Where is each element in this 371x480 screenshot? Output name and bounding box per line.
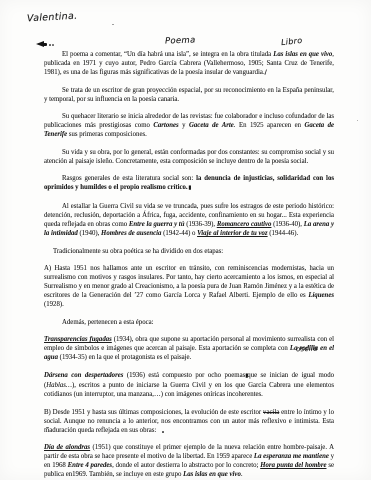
paragraph: Dársena con despertadores (1936) está co…: [44, 371, 334, 399]
text-segment: A) Hasta 1951 nos hallamos ante un escri…: [44, 265, 334, 299]
handwritten-label-libro: Libro: [281, 36, 303, 47]
arrow-dot: [49, 44, 51, 46]
scan-speck: [357, 120, 358, 121]
text-segment: La esperanza me mantiene: [254, 453, 329, 460]
text-segment: (1934-35) en la que el protagonista es e…: [58, 354, 191, 361]
text-segment: sus primeras composiciones.: [67, 131, 147, 138]
text-segment: /: [265, 69, 267, 76]
paragraph: B) Desde 1951 y hasta sus últimas compos…: [44, 408, 334, 435]
text-segment: vacila: [263, 409, 279, 416]
paragraph: Al estallar la Guerra Civil su vida se v…: [44, 202, 334, 238]
paragraph: Transparencias fugadas (1934), obra que …: [44, 335, 334, 362]
text-segment: B) Desde 1951 y hasta sus últimas compos…: [44, 409, 263, 416]
text-segment: Cartones: [153, 122, 178, 129]
paragraph: Tradicionalmente su obra poética se ha d…: [44, 247, 334, 256]
text-segment: Día de alondras: [44, 444, 90, 451]
scan-speck: [162, 431, 164, 433]
text-segment: Dársena con despertadores: [44, 372, 123, 379]
text-segment: Hombres de ausencia: [101, 230, 161, 237]
paragraph: El poema a comentar, “Un día habrá una i…: [44, 50, 334, 77]
arrow-tail: [43, 43, 47, 46]
handwritten-name-valentina: Valentina.: [27, 11, 78, 25]
text-segment: Hablas…: [46, 382, 72, 389]
text-segment: El poema a comentar, “Un día habrá una i…: [62, 51, 273, 58]
text-segment: (1942-44) o: [161, 230, 197, 237]
text-segment: Gaceta de Arte: [189, 122, 234, 129]
text-segment: Transparencias fugadas: [44, 336, 112, 343]
text-segment: Entre la guerra y tú: [129, 221, 185, 228]
paragraph: Su quehacer literario se inicia alrededo…: [44, 112, 334, 139]
text-segment: (1936-39),: [184, 221, 216, 228]
document-body: El poema a comentar, “Un día habrá una i…: [44, 50, 334, 480]
paragraph: Día de alondras (1951) que constituye el…: [44, 443, 334, 479]
handwritten-label-poema: Poema: [165, 35, 196, 46]
text-segment: Las islas en que vivo: [273, 51, 332, 58]
text-segment: Se trata de un escritor de gran proyecci…: [44, 87, 334, 103]
scan-speck: [46, 427, 49, 428]
text-segment: Romancero cautivo: [217, 221, 272, 228]
text-segment: (1944-46).: [268, 230, 299, 237]
text-segment: (1936) está compuesto por ocho poemas: [123, 372, 245, 379]
scanned-document-page: Valentina. Poema Libro oscila El poema a…: [0, 0, 371, 480]
paragraph: Además, pertenecen a esta época:: [44, 318, 334, 327]
text-segment: . En 1925 aparecen en: [234, 122, 305, 129]
text-segment: Tradicionalmente su obra poética se ha d…: [53, 248, 223, 255]
text-segment: ▮: [188, 185, 191, 191]
text-segment: Su vida y su obra, por lo general, están…: [44, 149, 334, 165]
scan-speck: [112, 24, 114, 25]
text-segment: y: [179, 122, 189, 129]
text-segment: Hora punta del hombre: [260, 462, 326, 469]
paragraph: Su vida y su obra, por lo general, están…: [44, 148, 334, 166]
text-segment: (1928).: [44, 301, 64, 308]
text-segment: Rasgos generales de esta literatura soci…: [62, 175, 196, 182]
text-segment: Entre 4 paredes: [68, 462, 112, 469]
paragraph: Rasgos generales de esta literatura soci…: [44, 174, 334, 193]
text-segment: (1940),: [78, 230, 101, 237]
text-segment: .: [241, 471, 243, 478]
paragraph: Se trata de un escritor de gran proyecci…: [44, 86, 334, 104]
paragraph: A) Hasta 1951 nos hallamos ante un escri…: [44, 264, 334, 309]
text-segment: Viaje al interior de tu voz: [197, 230, 267, 237]
text-segment: (1936-40),: [271, 221, 303, 228]
arrow-dot: [52, 44, 54, 46]
handwritten-arrow-icon: [36, 41, 54, 48]
text-segment: Las islas en que vivo: [183, 471, 241, 478]
text-segment: , donde el autor destierra lo abstracto …: [112, 462, 260, 469]
text-segment: Líquenes: [308, 292, 334, 299]
text-segment: ), escritos a punto de iniciarse la Guer…: [44, 382, 334, 398]
text-segment: Además, pertenecen a esta época:: [62, 319, 154, 326]
